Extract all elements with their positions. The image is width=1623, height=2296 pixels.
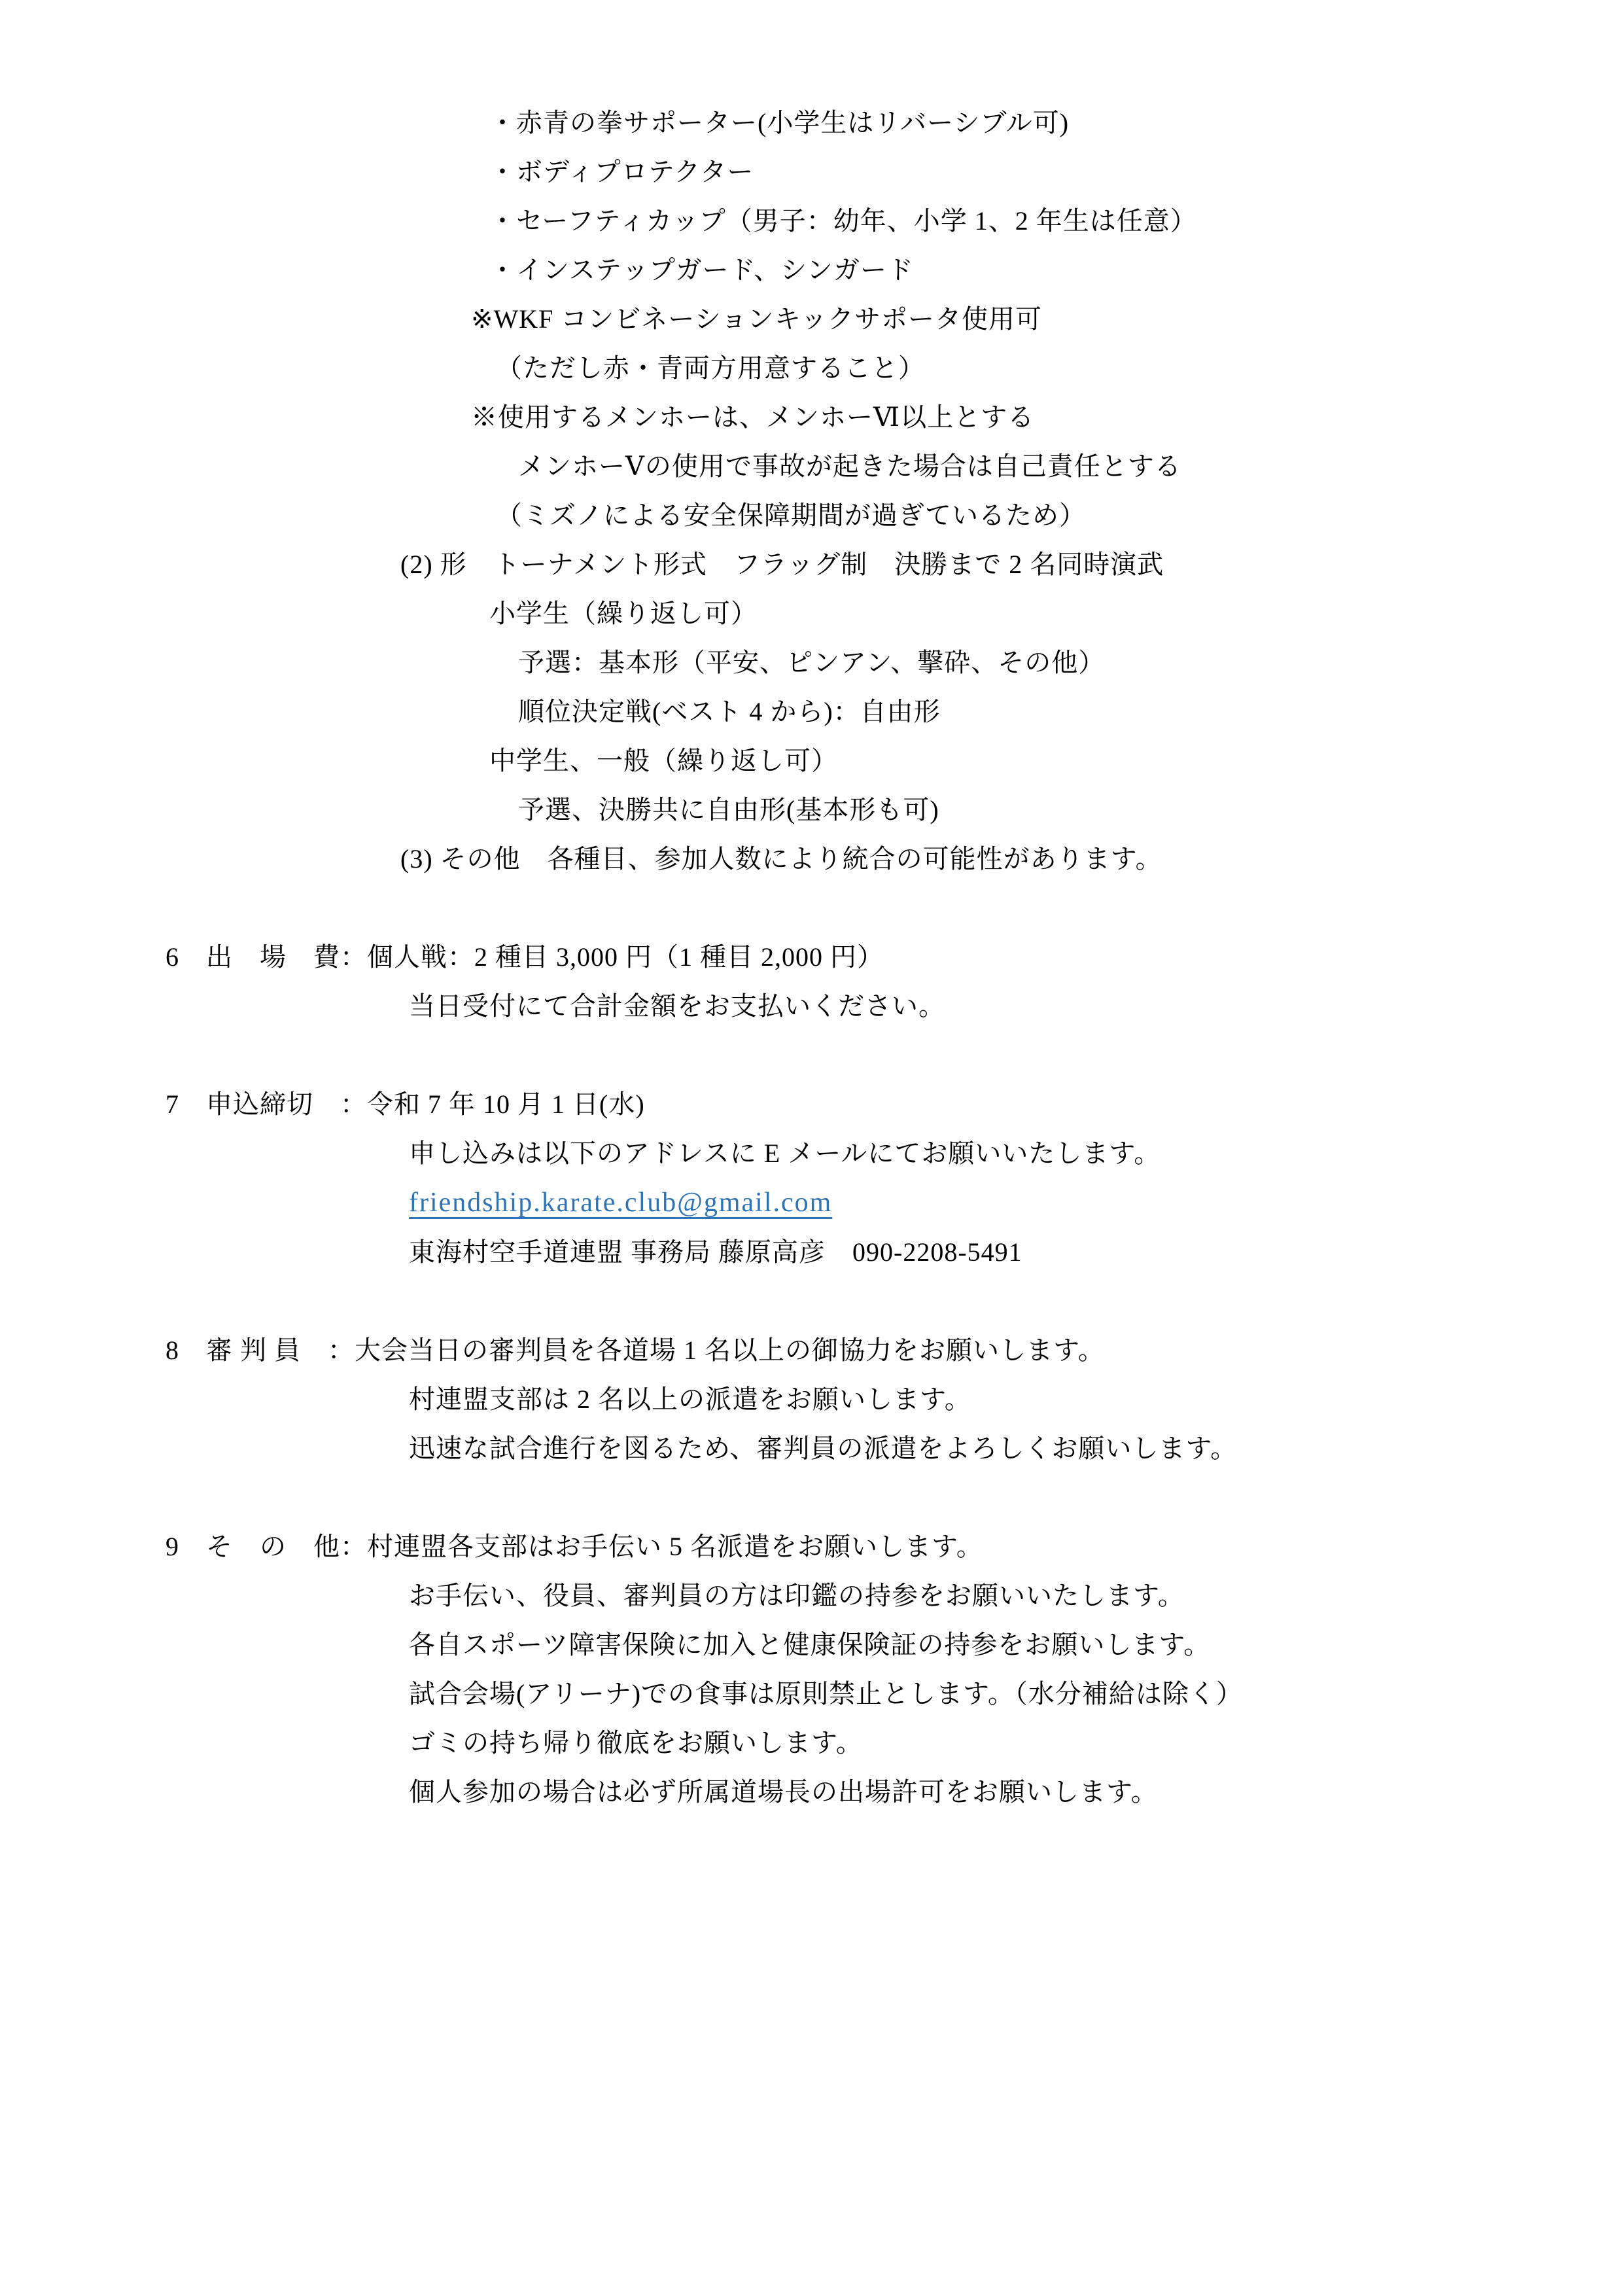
text-line: 7 申込締切 ：令和 7 年 10 月 1 日(水)	[0, 1080, 1623, 1129]
text-line: 中学生、一般（繰り返し可）	[0, 736, 1623, 785]
text-line: （ただし赤・青両方用意すること）	[0, 344, 1623, 393]
text-line: 予選、決勝共に自由形(基本形も可)	[0, 785, 1623, 834]
blank-line	[0, 883, 1623, 932]
text-line: 個人参加の場合は必ず所属道場長の出場許可をお願いします。	[0, 1767, 1623, 1816]
text-line: 村連盟支部は 2 名以上の派遣をお願いします。	[0, 1375, 1623, 1424]
text-line: 迅速な試合進行を図るため、審判員の派遣をよろしくお願いします。	[0, 1424, 1623, 1473]
text-line: 申し込みは以下のアドレスに E メールにてお願いいたします。	[0, 1129, 1623, 1178]
text-line: ・赤青の拳サポーター(小学生はリバーシブル可)	[0, 98, 1623, 147]
text-line: ゴミの持ち帰り徹底をお願いします。	[0, 1718, 1623, 1767]
text-line: ※使用するメンホーは、メンホーⅥ以上とする	[0, 393, 1623, 442]
text-line: friendship.karate.club@gmail.com	[0, 1178, 1623, 1227]
text-line: 順位決定戦(ベスト 4 から)：自由形	[0, 687, 1623, 736]
email-link[interactable]: friendship.karate.club@gmail.com	[409, 1188, 832, 1218]
text-line: 予選：基本形（平安、ピンアン、撃砕、その他）	[0, 638, 1623, 687]
text-line: ・インステップガード、シンガード	[0, 245, 1623, 294]
text-line: 試合会場(アリーナ)での食事は原則禁止とします。（水分補給は除く）	[0, 1669, 1623, 1718]
text-line: 9 そ の 他：村連盟各支部はお手伝い 5 名派遣をお願いします。	[0, 1522, 1623, 1571]
text-line: (3) その他 各種目、参加人数により統合の可能性があります。	[0, 834, 1623, 883]
text-line: ・セーフティカップ（男子：幼年、小学 1、2 年生は任意）	[0, 196, 1623, 245]
text-line: ※WKF コンビネーションキックサポータ使用可	[0, 294, 1623, 344]
blank-line	[0, 1473, 1623, 1522]
text-line: 当日受付にて合計金額をお支払いください。	[0, 981, 1623, 1031]
text-line: 6 出 場 費：個人戦：2 種目 3,000 円（1 種目 2,000 円）	[0, 932, 1623, 981]
text-line: 8 審 判 員 ：大会当日の審判員を各道場 1 名以上の御協力をお願いします。	[0, 1326, 1623, 1375]
text-line: (2) 形 トーナメント形式 フラッグ制 決勝まで 2 名同時演武	[0, 540, 1623, 589]
text-line: 小学生（繰り返し可）	[0, 589, 1623, 638]
text-line: お手伝い、役員、審判員の方は印鑑の持参をお願いいたします。	[0, 1571, 1623, 1620]
text-line: （ミズノによる安全保障期間が過ぎているため）	[0, 491, 1623, 540]
text-line: 各自スポーツ障害保険に加入と健康保険証の持参をお願いします。	[0, 1620, 1623, 1669]
text-line: メンホーⅤの使用で事故が起きた場合は自己責任とする	[0, 442, 1623, 491]
document-body: ・赤青の拳サポーター(小学生はリバーシブル可)・ボディプロテクター・セーフティカ…	[0, 0, 1623, 1816]
document-page: ・赤青の拳サポーター(小学生はリバーシブル可)・ボディプロテクター・セーフティカ…	[0, 0, 1623, 2296]
blank-line	[0, 1277, 1623, 1326]
blank-line	[0, 1031, 1623, 1080]
text-line: 東海村空手道連盟 事務局 藤原高彦 090-2208-5491	[0, 1227, 1623, 1277]
text-line: ・ボディプロテクター	[0, 147, 1623, 196]
